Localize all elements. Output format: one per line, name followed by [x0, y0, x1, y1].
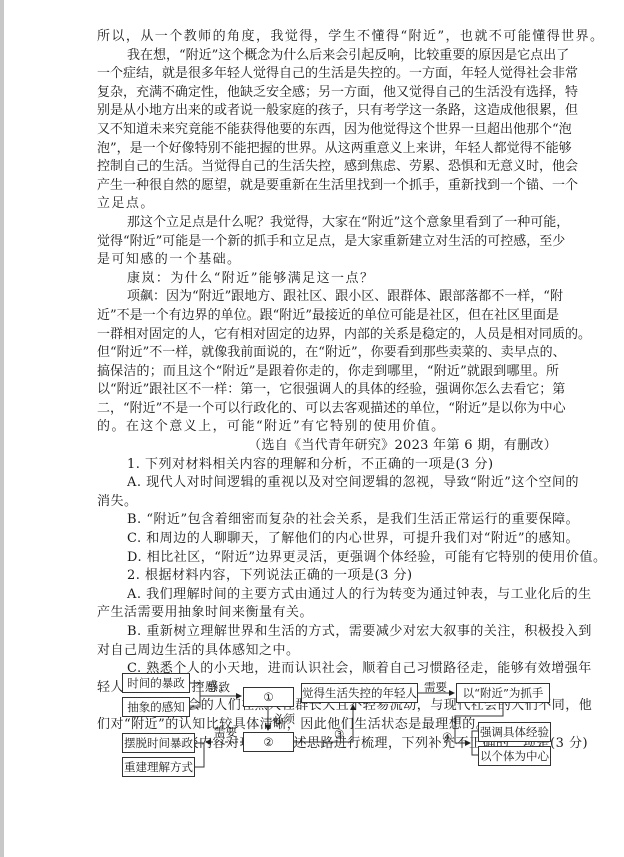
- text-line: 产生一种很自然的愿望，就是要重新在生活里找到一个抓手，重新找到一个锚、一个: [97, 177, 559, 196]
- text-line: 立足点。: [97, 195, 559, 214]
- text-line: 觉得“附近”可能是一个新的抓手和立足点，是大家重新建立对生活的可控感，至少: [97, 233, 559, 252]
- document-page: 所以，从一个教师的角度，我觉得，学生不懂得“附近”，也就不可能懂得世界。我在想，…: [97, 28, 559, 753]
- text-line: 是可知感的一个基础。: [97, 251, 559, 270]
- text-line: 项飙：因为“附近”跟地方、跟社区、跟小区、跟群体、跟部落都不一样，“附: [97, 288, 559, 307]
- source-citation: （选自《当代青年研究》2023 年第 6 期，有删改）: [97, 437, 559, 456]
- text-line: 产生活需要用抽象时间来衡量有关。: [97, 604, 559, 623]
- box-blank-2: ②: [243, 732, 294, 752]
- box-abstract-perception: 抽象的感知: [122, 697, 190, 717]
- text-line: 所以，从一个教师的角度，我觉得，学生不懂得“附近”，也就不可能懂得世界。: [97, 28, 559, 47]
- text-line: 一个症结，就是很多年轻人觉得自己的生活是失控的。一方面，年轻人觉得社会非常: [97, 65, 559, 84]
- question-1: 1. 下列对材料相关内容的理解和分析，不正确的一项是(3 分)A. 现代人对时间…: [97, 456, 559, 568]
- box-tyranny-of-time: 时间的暴政: [122, 673, 190, 693]
- text-line: 二，“附近”不是一个可以行政化的、可以去客观描述的单位，“附近”是以你为中心: [97, 400, 559, 419]
- text-line: B. 重新树立理解世界和生活的方式，需要减少对宏大叙事的关注，积极投入到: [97, 623, 559, 642]
- text-line: 1. 下列对材料相关内容的理解和分析，不正确的一项是(3 分): [97, 456, 559, 475]
- box-individual-center: 以个体为中心: [478, 746, 551, 766]
- text-line: 控制自己的生活。当觉得自己的生活失控，感到焦虑、劳累、恐惧和无意义时，他会: [97, 158, 559, 177]
- text-line: 以“附近”跟社区不一样：第一，它很强调人的具体的经验，强调你怎么去看它；第: [97, 381, 559, 400]
- text-line: 的。在这个意义上，可能“附近”有它特别的使用价值。: [97, 418, 559, 437]
- text-line: 近”不是一个有边界的单位。跟“附近”最接近的单位可能是社区，但在社区里面是: [97, 307, 559, 326]
- text-line: 复杂，充满不确定性，他缺乏安全感；另一方面，他又觉得自己的生活没有选择，特: [97, 84, 559, 103]
- text-line: 消失。: [97, 493, 559, 512]
- text-line: A. 现代人对时间逻辑的重视以及对空间逻辑的忽视，导致“附近”这个空间的: [97, 474, 559, 493]
- text-line: A. 我们理解时间的主要方式由通过人的行为转变为通过钟表，与工业化后的生: [97, 586, 559, 605]
- text-line: 那这个立足点是什么呢？我觉得，大家在“附近”这个意象里看到了一种可能，: [97, 214, 559, 233]
- text-line: 一群相对固定的人，它有相对固定的边界，内部的关系是稳定的，人员是相对同质的。: [97, 326, 559, 345]
- passage-text: 所以，从一个教师的角度，我觉得，学生不懂得“附近”，也就不可能懂得世界。我在想，…: [97, 28, 559, 437]
- text-line: 又不知道未来究竟能不能获得他要的东西，因为他觉得这个世界一旦超出他那个“泡: [97, 121, 559, 140]
- box-rebuild-understanding: 重建理解方式: [122, 757, 195, 777]
- box-blank-1: ①: [243, 687, 294, 707]
- text-line: 别是从小地方出来的或者说一般家庭的孩子，只有考学这一条路，这造成他很累，但: [97, 102, 559, 121]
- page-left-border: [0, 0, 4, 857]
- text-line: C. 和周边的人聊聊天，了解他们的内心世界，可提升我们对“附近”的感知。: [97, 530, 559, 549]
- box-escape-tyranny: 摆脱时间暴政: [122, 733, 195, 753]
- text-line: 泡”，是一个好像特别不能把握的世界。从这两重意义上来讲，年轻人都觉得不能够: [97, 140, 559, 159]
- text-line: D. 相比社区，“附近”边界更灵活，更强调个体经验，可能有它特别的使用价值。: [97, 549, 559, 568]
- text-line: 对自己周边生活的具体感知之中。: [97, 642, 559, 661]
- text-line: B. “附近”包含着细密而复杂的社会关系，是我们生活正常运行的重要保障。: [97, 511, 559, 530]
- box-nearby-as-handle: 以“附近”为抓手: [456, 683, 550, 703]
- box-out-of-control-youth: 觉得生活失控的年轻人: [301, 683, 418, 703]
- text-line: 我在想，“附近”这个概念为什么后来会引起反响，比较重要的原因是它点出了: [97, 47, 559, 66]
- box-emphasize-experience: 强调具体经验: [478, 722, 551, 742]
- text-line: 康岚：为什么“附近”能够满足这一点？: [97, 270, 559, 289]
- text-line: 2. 根据材料内容，下列说法正确的一项是(3 分): [97, 567, 559, 586]
- text-line: 搞保洁的；而且这个“附近”是跟着你走的，你走到哪里，“附近”就跟到哪里。所: [97, 363, 559, 382]
- text-line: 但“附近”不一样，就像我前面说的，在“附近”，你要看到那些卖菜的、卖早点的、: [97, 344, 559, 363]
